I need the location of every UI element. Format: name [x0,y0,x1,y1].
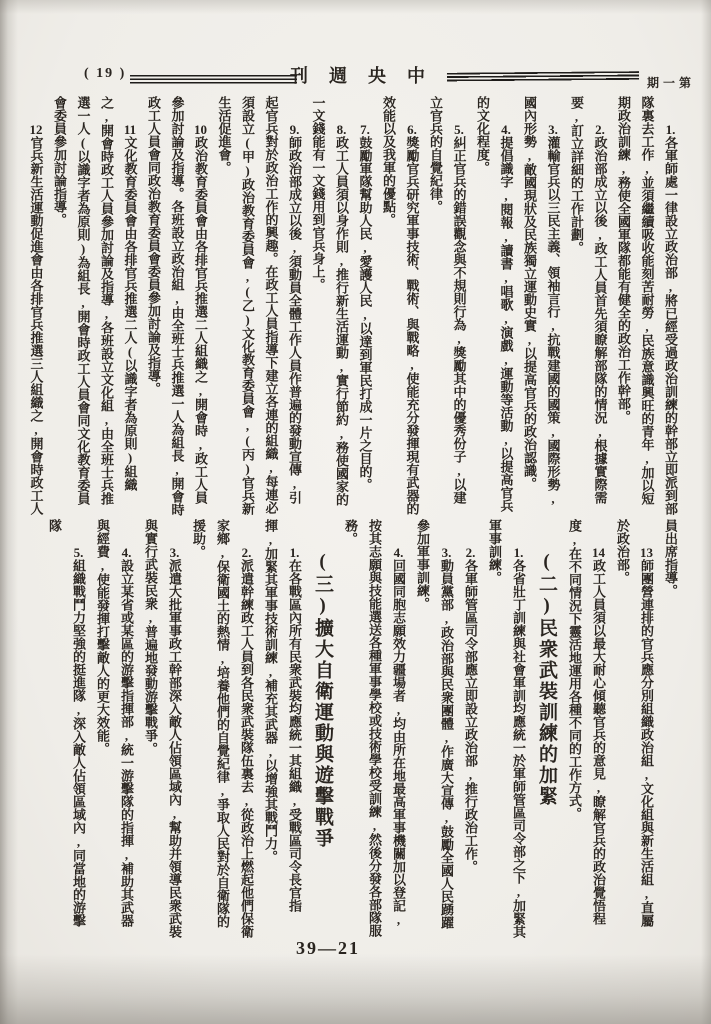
item-number: 4. [119,546,134,559]
item-number: 4. [499,123,514,136]
list-item: 11文化教育委員會由各排官兵推選二人(以識字者為原則)組織之,開會時政工人員參加… [48,96,142,516]
list-item: 2.政治部成立以後,政工人員首先須瞭解部隊的情況,根據實際需要,訂立詳細的工作計… [565,96,612,516]
list-item: 3.動員黨部,政治部與民衆團體,作廣大宣傳,鼓勵全國人民踴躍參加軍事訓練。 [410,519,458,939]
item-number: 3. [546,123,561,136]
item-text: 派遣幹練政工人員到各民衆武裝隊伍裏去,從政治上燃起他們保衛家鄉,保衛國土的熱情,… [191,519,254,938]
item-text: 鼓勵軍隊幫助人民,愛護人民,以達到軍民打成一片之目的。 [358,136,373,491]
item-text: 派遣大批軍事政工幹部深入敵人佔領區域內,幫助并領導民衆武裝與實行武裝民衆,普遍地… [143,519,182,938]
item-number: 5. [452,123,467,136]
item-text: 員出席指導。 [663,519,678,597]
item-number: 6. [405,123,420,136]
item-number: 3. [439,546,454,559]
item-number: 1. [287,546,302,559]
section-heading: (三)擴大自衛運動與遊擊戰爭 [306,519,338,939]
item-text: 在各戰區內所有民衆武裝均應統一其組織,受戰區司令長官指揮,加緊其軍事技術訓練,補… [263,519,302,912]
item-text: 回國同胞志願效力疆場者,均由所在地最高軍事機關加以登記,按其志願與技能選送各種軍… [343,519,406,937]
item-text: 提倡識字,閱報,讀書,唱歌,演戲,運動等活動,以提高官兵的文化程度。 [475,96,514,512]
page-number: 39—21 [296,938,360,959]
header-rule-right [447,71,639,82]
list-item: 4.設立某省或某區的游擊指揮部,統一游擊隊的指揮,補助其武器與經費,使能發揮打擊… [90,519,138,939]
item-text: 政工人員須以最大耐心傾聽官兵的意見,瞭解官兵的政治覺悟程度,在不同情況下靈活地運… [567,519,606,925]
header-rule-left [130,75,297,84]
item-number: 7. [358,123,373,136]
list-item: 1.各省壯丁訓練與社會軍訓均應統一於軍師管區司令部之下,加緊其軍事訓練。 [482,519,530,939]
item-number: 13 [639,546,654,559]
list-item: 5.組織戰鬥力堅強的挺進隊,深入敵人佔領區域內,同當地的游擊隊 [42,519,90,939]
list-item: 6.獎勵官兵研究軍事技術、戰術、與戰略,使能充分發揮現有武器的效能以及我軍的優點… [377,96,424,516]
item-text: 各軍師管區司令部應立即設立政治部,推行政治工作。 [463,559,478,873]
continuation-text: 員出席指導。 [658,519,682,939]
list-item: 3.派遣大批軍事政工幹部深入敵人佔領區域內,幫助并領導民衆武裝與實行武裝民衆,普… [138,519,186,939]
text-band-upper: 1.各軍師處一律設立政治部,將已經受過政治訓練的幹部立即派到部隊裏去工作,並須繼… [20,96,682,516]
item-number: 5. [71,546,86,559]
section-heading-text: (三)擴大自衛運動與遊擊戰爭 [312,551,333,849]
item-number: 8. [334,123,349,136]
item-text: 師團營連排的官兵應分別組織政治組,文化組與新生活組,直屬於政治部。 [615,519,654,927]
item-text: 師政治部成立以後,須動員全體工作人員作普遍的發動宣傳,引起官兵對於政治工作的興趣… [217,96,303,515]
item-text: 政治部成立以後,政工人員首先須瞭解部隊的情況,根據實際需要,訂立詳細的工作計劃。 [569,96,608,504]
item-text: 組織戰鬥力堅強的挺進隊,深入敵人佔領區域內,同當地的游擊隊 [47,519,86,927]
list-item: 3.灌輸官兵以三民主義、領袖言行,抗戰建國的國策,國際形勢,國內形勢,敵國現狀及… [518,96,565,516]
item-text: 文化教育委員會由各排官兵推選二人(以識字者為原則)組織之,開會時政工人員參加討論… [52,96,138,505]
item-number: 2. [593,123,608,136]
list-item: 12官兵新生活運動促進會由各排官兵推選三人組織之,開會時政工人 [24,96,48,516]
item-number: 9. [287,123,302,136]
list-item: 2.各軍師管區司令部應立即設立政治部,推行政治工作。 [458,519,482,939]
text-band-lower: 員出席指導。13師團營連排的官兵應分別組織政治組,文化組與新生活組,直屬於政治部… [20,519,682,939]
section-heading-text: (二)民衆武裝訓練的加緊 [536,551,557,807]
list-item: 14政工人員須以最大耐心傾聽官兵的意見,瞭解官兵的政治覺悟程度,在不同情況下靈活… [562,519,610,939]
item-text: 糾正官兵的錯誤觀念與不規則行為,獎勵其中的優秀份子,以建立官兵的自覺紀律。 [428,96,467,504]
item-text: 獎勵官兵研究軍事技術、戰術、與戰略,使能充分發揮現有武器的效能以及我軍的優點。 [381,96,420,515]
list-item: 1.在各戰區內所有民衆武裝均應統一其組織,受戰區司令長官指揮,加緊其軍事技術訓練… [258,519,306,939]
item-text: 設立某省或某區的游擊指揮部,統一游擊隊的指揮,補助其武器與經費,使能發揮打擊敵人… [95,519,134,927]
list-item: 8.政工人員須以身作則,推行新生活運動,實行節約,務使國家的一文錢能有一文錢用到… [306,96,353,516]
item-number: 4. [391,546,406,559]
section-heading: (二)民衆武裝訓練的加緊 [530,519,562,939]
item-number: 14 [591,546,606,559]
item-text: 動員黨部,政治部與民衆團體,作廣大宣傳,鼓勵全國人民踴躍參加軍事訓練。 [415,519,454,929]
item-number: 12 [29,123,44,136]
item-text: 政工人員須以身作則,推行新生活運動,實行節約,務使國家的一文錢能有一文錢用到官兵… [311,96,350,506]
item-text: 各軍師處一律設立政治部,將已經受過政治訓練的幹部立即派到部隊裏去工作,並須繼續吸… [616,96,678,515]
journal-title: 中央週刊 [296,62,456,88]
item-number: 3. [167,546,182,559]
item-number: 11 [123,123,138,136]
list-item: 9.師政治部成立以後,須動員全體工作人員作普遍的發動宣傳,引起官兵對於政治工作的… [212,96,306,516]
issue-number: 第一期 [647,74,695,91]
list-item: 13師團營連排的官兵應分別組織政治組,文化組與新生活組,直屬於政治部。 [610,519,658,939]
item-number: 1. [663,123,678,136]
list-item: 2.派遣幹練政工人員到各民衆武裝隊伍裏去,從政治上燃起他們保衛家鄉,保衛國土的熱… [186,519,258,939]
list-item: 7.鼓勵軍隊幫助人民,愛護人民,以達到軍民打成一片之目的。 [353,96,377,516]
list-item: 5.糾正官兵的錯誤觀念與不規則行為,獎勵其中的優秀份子,以建立官兵的自覺紀律。 [424,96,471,516]
item-text: 灌輸官兵以三民主義、領袖言行,抗戰建國的國策,國際形勢,國內形勢,敵國現狀及民族… [522,96,561,506]
page-marker: ( 19 ) [84,66,126,82]
item-text: 官兵新生活運動促進會由各排官兵推選三人組織之,開會時政工人 [29,136,44,515]
item-number: 1. [511,546,526,559]
item-text: 各省壯丁訓練與社會軍訓均應統一於軍師管區司令部之下,加緊其軍事訓練。 [487,519,526,938]
item-number: 2. [239,546,254,559]
list-item: 4.回國同胞志願效力疆場者,均由所在地最高軍事機關加以登記,按其志願與技能選送各… [338,519,410,939]
list-item: 1.各軍師處一律設立政治部,將已經受過政治訓練的幹部立即派到部隊裏去工作,並須繼… [612,96,683,516]
list-item: 4.提倡識字,閱報,讀書,唱歌,演戲,運動等活動,以提高官兵的文化程度。 [471,96,518,516]
item-number: 10 [193,123,208,136]
item-text: 政治教育委員會由各排官兵推選二人組織之,開會時,政工人員參加討論及指導。各班設立… [146,96,208,516]
item-number: 2. [463,546,478,559]
scanned-document-page: ( 19 ) 中央週刊 第一期 1.各軍師處一律設立政治部,將已經受過政治訓練的… [0,0,711,1024]
list-item: 10政治教育委員會由各排官兵推選二人組織之,開會時,政工人員參加討論及指導。各班… [142,96,213,516]
